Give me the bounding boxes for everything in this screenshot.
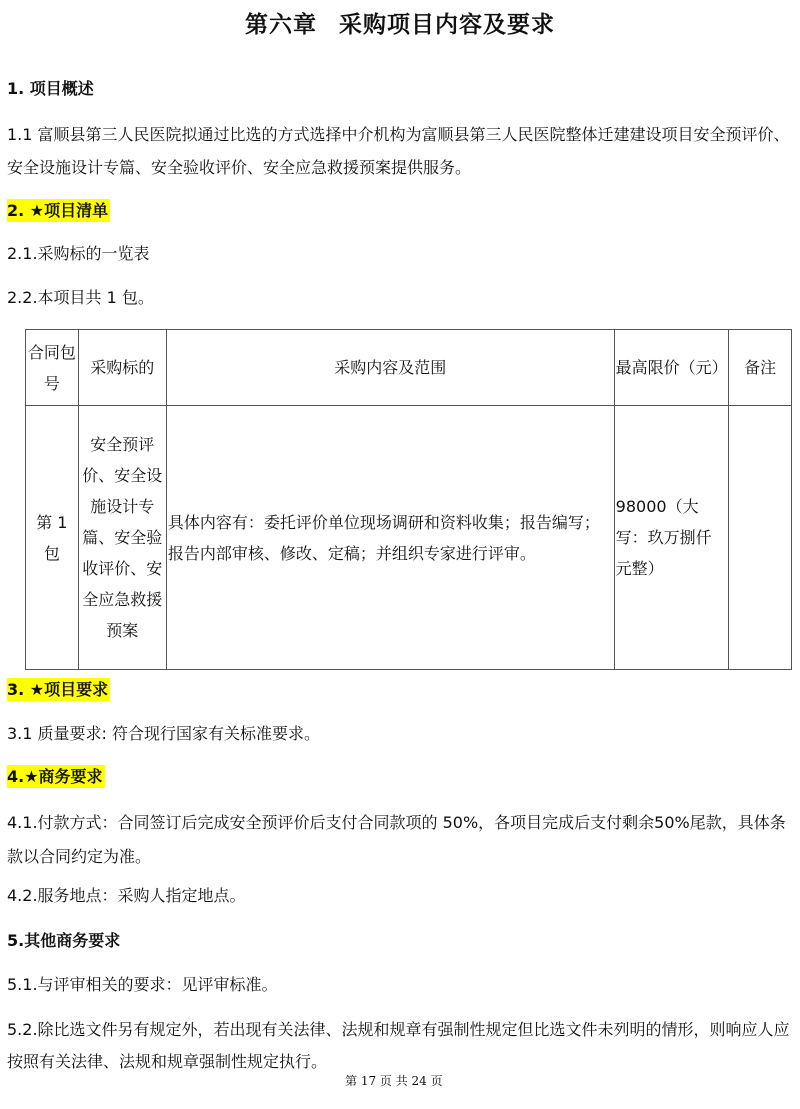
cell-package: 第 1 包 (26, 406, 79, 670)
table-header-row: 合同包号 采购标的 采购内容及范围 最高限价（元） 备注 (26, 330, 792, 406)
header-scope: 采购内容及范围 (166, 330, 614, 406)
table-row: 第 1 包 安全预评价、安全设施设计专篇、安全验收评价、安全应急救援预案 具体内… (26, 406, 792, 670)
chapter-number: 第六章 (245, 12, 317, 38)
paragraph-4-2: 4.2.服务地点：采购人指定地点。 (7, 881, 793, 911)
page-number-footer: 第 17 页 共 24 页 (345, 1072, 475, 1090)
section-3-heading: 3. ★项目要求 (7, 675, 793, 705)
header-max-price: 最高限价（元） (614, 330, 728, 406)
section-4-heading: 4.★商务要求 (7, 762, 793, 792)
section-1-heading: 1. 项目概述 (7, 74, 793, 104)
section-5-heading: 5.其他商务要求 (7, 926, 793, 956)
cell-remark (729, 406, 792, 670)
paragraph-1-1: 1.1 富顺县第三人民医院拟通过比选的方式选择中介机构为富顺县第三人民医院整体迁… (7, 118, 793, 184)
paragraph-5-1: 5.1.与评审相关的要求：见评审标准。 (7, 970, 793, 1000)
cell-max-price: 98000（大写：玖万捌仟元整） (614, 406, 728, 670)
procurement-items-table: 合同包号 采购标的 采购内容及范围 最高限价（元） 备注 第 1 包 安全预评价… (25, 329, 792, 670)
cell-scope: 具体内容有：委托评价单位现场调研和资料收集；报告编写；报告内部审核、修改、定稿；… (166, 406, 614, 670)
header-subject: 采购标的 (78, 330, 166, 406)
page-title: 第六章采购项目内容及要求 (0, 6, 800, 39)
paragraph-4-1: 4.1.付款方式：合同签订后完成安全预评价后支付合同款项的 50%，各项目完成后… (7, 806, 793, 874)
paragraph-5-2: 5.2.除比选文件另有规定外，若出现有关法律、法规和规章有强制性规定但比选文件未… (7, 1014, 793, 1078)
header-package-no: 合同包号 (26, 330, 79, 406)
paragraph-3-1: 3.1 质量要求: 符合现行国家有关标准要求。 (7, 719, 793, 749)
highlighted-heading: 3. ★项目要求 (7, 678, 110, 701)
cell-subject: 安全预评价、安全设施设计专篇、安全验收评价、安全应急救援预案 (78, 406, 166, 670)
paragraph-2-1: 2.1.采购标的一览表 (7, 239, 793, 269)
header-remark: 备注 (729, 330, 792, 406)
chapter-title: 采购项目内容及要求 (339, 12, 555, 38)
highlighted-heading: 2. ★项目清单 (7, 199, 110, 222)
paragraph-2-2: 2.2.本项目共 1 包。 (7, 283, 793, 313)
highlighted-heading: 4.★商务要求 (7, 765, 105, 788)
section-2-heading: 2. ★项目清单 (7, 196, 793, 226)
